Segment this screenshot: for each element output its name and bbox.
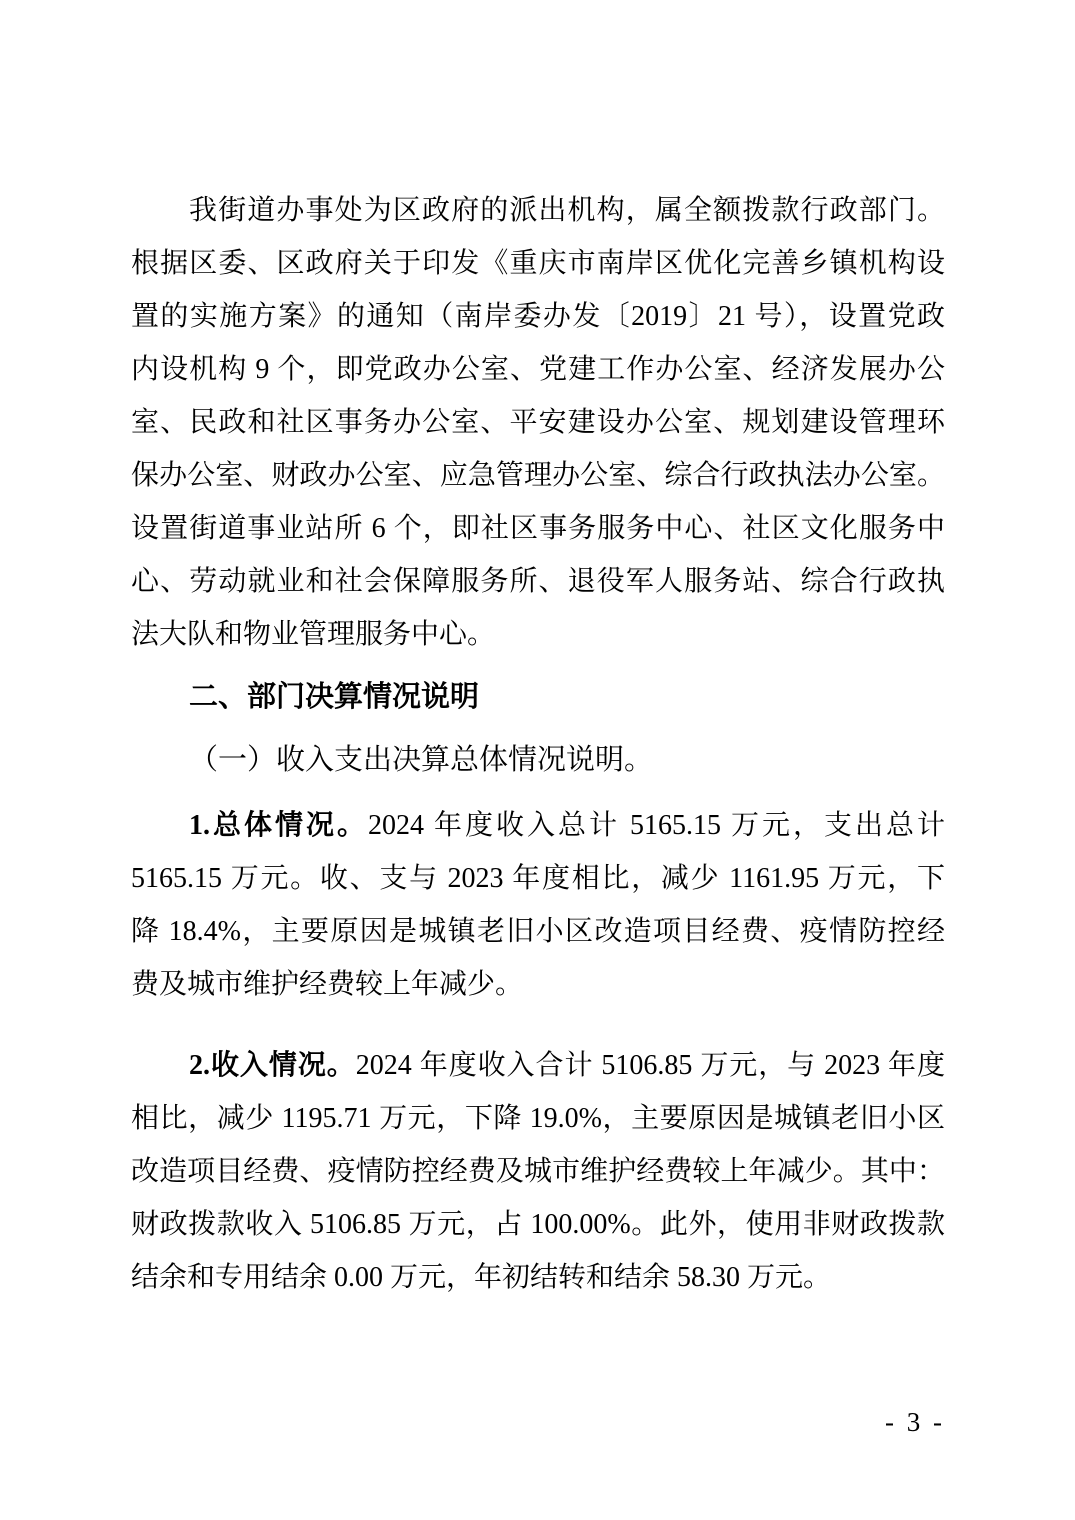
text-run: 结余和专用结余 0.00 万元，年初结转和结余 58.30 万元。	[131, 1262, 831, 1293]
text-run: 设置街道事业站所 6 个，即社区事务服务中心、社区文化服务中	[131, 513, 945, 544]
text-run: （一）收入支出决算总体情况说明。	[189, 744, 653, 776]
text-run: 内设机构 9 个，即党政办公室、党建工作办公室、经济发展办公	[131, 354, 945, 385]
text-line: 降 18.4%，主要原因是城镇老旧小区改造项目经费、疫情防控经	[131, 905, 945, 958]
text-line: 费及城市维护经费较上年减少。	[131, 958, 945, 1011]
text-line: 根据区委、区政府关于印发《重庆市南岸区优化完善乡镇机构设	[131, 237, 945, 290]
text-line: 1.总体情况。2024 年度收入总计 5165.15 万元，支出总计	[131, 799, 945, 852]
section-heading: 二、部门决算情况说明	[131, 671, 945, 724]
text-line: 2.收入情况。2024 年度收入合计 5106.85 万元，与 2023 年度	[131, 1039, 945, 1092]
text-line: 室、民政和社区事务办公室、平安建设办公室、规划建设管理环	[131, 396, 945, 449]
text-line: 置的实施方案》的通知（南岸委办发〔2019〕21 号），设置党政	[131, 290, 945, 343]
text-line: 相比，减少 1195.71 万元，下降 19.0%，主要原因是城镇老旧小区	[131, 1092, 945, 1145]
intro-paragraph: 我街道办事处为区政府的派出机构，属全额拨款行政部门。根据区委、区政府关于印发《重…	[131, 184, 945, 661]
overall-situation-paragraph: 1.总体情况。2024 年度收入总计 5165.15 万元，支出总计5165.1…	[131, 799, 945, 1011]
text-line: 我街道办事处为区政府的派出机构，属全额拨款行政部门。	[131, 184, 945, 237]
document-page: 我街道办事处为区政府的派出机构，属全额拨款行政部门。根据区委、区政府关于印发《重…	[0, 0, 1075, 1520]
text-line: 结余和专用结余 0.00 万元，年初结转和结余 58.30 万元。	[131, 1251, 945, 1304]
text-run: 我街道办事处为区政府的派出机构，属全额拨款行政部门。	[189, 195, 945, 226]
text-line: 设置街道事业站所 6 个，即社区事务服务中心、社区文化服务中	[131, 502, 945, 555]
income-situation-paragraph: 2.收入情况。2024 年度收入合计 5106.85 万元，与 2023 年度相…	[131, 1039, 945, 1304]
text-run: 二、部门决算情况说明	[189, 681, 479, 713]
subsection-heading: （一）收入支出决算总体情况说明。	[131, 734, 945, 787]
text-line: 改造项目经费、疫情防控经费及城市维护经费较上年减少。其中：	[131, 1145, 945, 1198]
text-line: 保办公室、财政办公室、应急管理办公室、综合行政执法办公室。	[131, 449, 945, 502]
bold-run: 2.收入情况。	[189, 1050, 356, 1081]
text-run: 5165.15 万元。收、支与 2023 年度相比，减少 1161.95 万元，…	[131, 863, 945, 894]
text-run: 置的实施方案》的通知（南岸委办发〔2019〕21 号），设置党政	[131, 301, 945, 332]
bold-run: 1.总体情况。	[189, 810, 368, 841]
text-run: 2024 年度收入合计 5106.85 万元，与 2023 年度	[356, 1050, 945, 1081]
text-run: 法大队和物业管理服务中心。	[131, 619, 495, 650]
text-run: 室、民政和社区事务办公室、平安建设办公室、规划建设管理环	[131, 407, 945, 438]
text-line: 财政拨款收入 5106.85 万元，占 100.00%。此外，使用非财政拨款	[131, 1198, 945, 1251]
text-run: 费及城市维护经费较上年减少。	[131, 969, 523, 1000]
text-run: 财政拨款收入 5106.85 万元，占 100.00%。此外，使用非财政拨款	[131, 1209, 945, 1240]
text-run: 根据区委、区政府关于印发《重庆市南岸区优化完善乡镇机构设	[131, 248, 945, 279]
document-content: 我街道办事处为区政府的派出机构，属全额拨款行政部门。根据区委、区政府关于印发《重…	[131, 184, 945, 1304]
text-line: 内设机构 9 个，即党政办公室、党建工作办公室、经济发展办公	[131, 343, 945, 396]
text-line: 心、劳动就业和社会保障服务所、退役军人服务站、综合行政执	[131, 555, 945, 608]
text-run: 2024 年度收入总计 5165.15 万元，支出总计	[368, 810, 945, 841]
text-run: 改造项目经费、疫情防控经费及城市维护经费较上年减少。其中：	[131, 1156, 945, 1187]
text-line: （一）收入支出决算总体情况说明。	[131, 734, 945, 787]
text-line: 二、部门决算情况说明	[131, 671, 945, 724]
text-run: 心、劳动就业和社会保障服务所、退役军人服务站、综合行政执	[131, 566, 945, 597]
text-run: 降 18.4%，主要原因是城镇老旧小区改造项目经费、疫情防控经	[131, 916, 945, 947]
text-run: 相比，减少 1195.71 万元，下降 19.0%，主要原因是城镇老旧小区	[131, 1103, 945, 1134]
page-number: - 3 -	[885, 1402, 945, 1442]
text-run: 保办公室、财政办公室、应急管理办公室、综合行政执法办公室。	[131, 460, 945, 491]
text-line: 5165.15 万元。收、支与 2023 年度相比，减少 1161.95 万元，…	[131, 852, 945, 905]
text-line: 法大队和物业管理服务中心。	[131, 608, 945, 661]
